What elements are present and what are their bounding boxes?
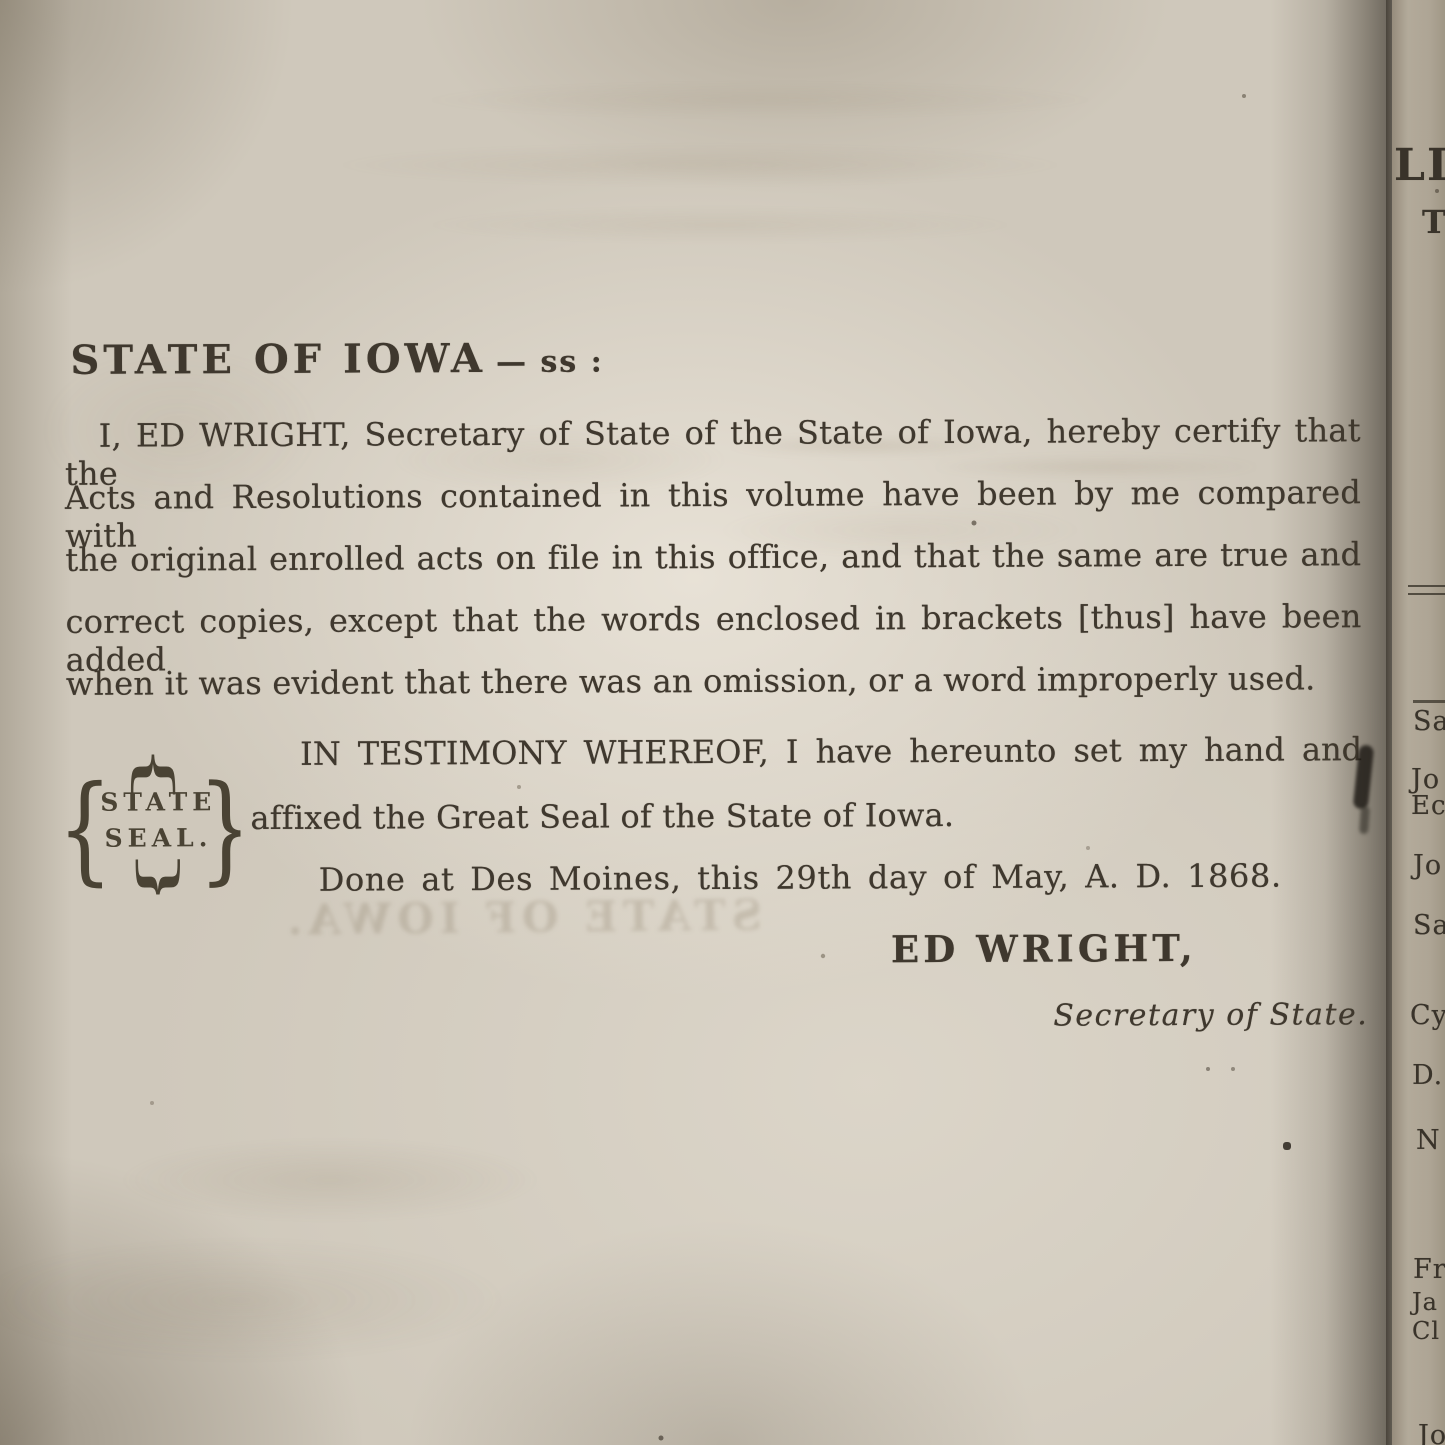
ink-smudge-tail	[1359, 806, 1370, 835]
next-page-fragment: Cl	[1412, 1317, 1440, 1345]
state-seal-stamp: { } { { STATE SEAL.	[68, 754, 241, 895]
heading-state-of-iowa: STATE OF IOWA	[70, 335, 486, 384]
book-page-photo: STATE OF IOWA. STATE OF IOWA— ss : I, ED…	[0, 0, 1445, 1445]
next-page-fragment: Sa	[1413, 910, 1445, 941]
heading-ss-suffix: — ss :	[496, 345, 604, 380]
next-page-double-rule	[1408, 585, 1445, 595]
testimony-line-2: affixed the Great Seal of the State of I…	[250, 796, 954, 837]
next-page-fragment: Fr	[1413, 1254, 1445, 1285]
next-page-fragment: Jo	[1418, 1420, 1445, 1445]
seal-text-seal: SEAL.	[105, 823, 213, 852]
next-page-fragment: Jo	[1413, 850, 1442, 881]
next-page-overline-rule	[1413, 700, 1445, 703]
printed-text-layer: STATE OF IOWA— ss : I, ED WRIGHT, Secret…	[0, 0, 1445, 1445]
next-page-fragment: Ja	[1412, 1288, 1438, 1316]
next-page-header-fragment: LIS	[1394, 140, 1445, 191]
paper-specks	[0, 0, 2, 2]
testimony-line-1: IN TESTIMONY WHEREOF, I have hereunto se…	[300, 730, 1362, 773]
next-page-fragment: N	[1416, 1125, 1441, 1156]
certify-line-3: the original enrolled acts on file in th…	[65, 535, 1361, 579]
signature-name: ED WRIGHT,	[891, 926, 1197, 972]
seal-text-state: STATE	[100, 787, 216, 817]
page-gutter-shadow	[1270, 0, 1392, 1445]
next-page-fragment: Cy	[1410, 1000, 1445, 1031]
next-page-fragment: Sa	[1413, 706, 1445, 737]
next-page-subheader-fragment: T	[1422, 203, 1445, 241]
next-page-fragment: D.	[1412, 1060, 1443, 1091]
page-heading: STATE OF IOWA— ss :	[70, 335, 604, 385]
certify-line-5: when it was evident that there was an om…	[66, 659, 1362, 703]
next-page-fragment: Ec	[1411, 791, 1445, 821]
testimony-line-3: Done at Des Moines, this 29th day of May…	[319, 857, 1282, 900]
